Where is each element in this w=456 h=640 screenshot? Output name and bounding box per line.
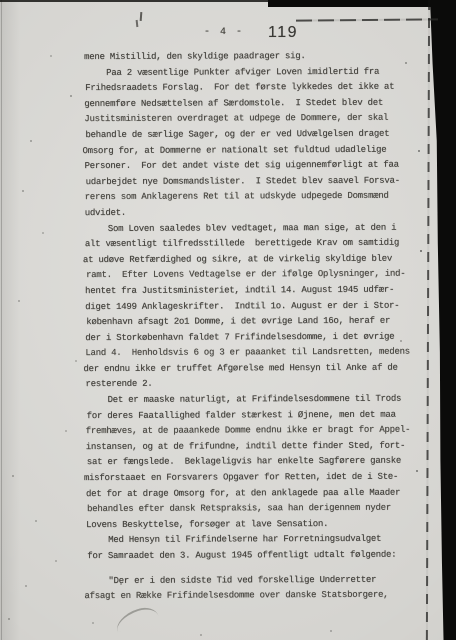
text-line: fremhæves, at de paaankede Domme endnu i… — [86, 423, 431, 440]
text-line: hentet fra Justitsministeriet, indtil 14… — [85, 282, 430, 299]
text-line: udarbejdet nye Domsmandslister. I Stedet… — [86, 173, 430, 190]
text-body: mene Mistillid, den skyldige paadrager s… — [84, 48, 431, 604]
text-line: mene Mistillid, den skyldige paadrager s… — [84, 48, 429, 65]
text-line: Personer. For det andet viste det sig ui… — [84, 158, 429, 175]
text-line: udvidet. — [85, 204, 430, 221]
text-line: for deres Faatallighed falder stærkest i… — [87, 407, 431, 424]
text-line: Som Loven saaledes blev vedtaget, maa ma… — [86, 220, 430, 237]
text-line: misforstaaet en Forsvarers Opgaver for R… — [84, 470, 431, 487]
folio-number: 119 — [268, 24, 298, 42]
pencil-squiggle-mark — [113, 604, 160, 633]
text-line: behandles efter dansk Retspraksis, saa h… — [87, 501, 431, 518]
left-scan-edge — [1, 0, 2, 640]
pencil-mark — [140, 12, 143, 21]
text-line: ramt. Efter Lovens Vedtagelse er der ifø… — [86, 267, 430, 284]
text-line: Justitsministeren overdraget at udpege d… — [84, 111, 429, 128]
text-line: gennemføre Nedsættelsen af Særdomstole. … — [84, 95, 429, 112]
text-line: behandle de særlige Sager, og der er ved… — [85, 126, 429, 143]
text-line: Paa 2 væsentlige Punkter afviger Loven i… — [84, 64, 429, 81]
scanned-page: - 4 - 119 mene Mistillid, den skyldige p… — [0, 0, 456, 640]
text-line: rerens som Anklagerens Ret til at udskyd… — [85, 189, 430, 206]
text-line: københavn afsagt 2o1 Domme, i det øvrige… — [86, 314, 430, 331]
text-line: for Samraadet den 3. August 1945 offentl… — [87, 547, 431, 564]
text-line: der endnu ikke er truffet Afgørelse med … — [83, 360, 430, 377]
text-line: Lovens Beskyttelse, forsøger at lave Sen… — [86, 516, 431, 533]
text-line: resterende 2. — [85, 376, 430, 393]
text-line: Frihedsraadets Forslag. For det første l… — [85, 80, 429, 97]
text-line: Det er maaske naturligt, at Frifindelses… — [85, 392, 430, 409]
text-line: "Der er i den sidste Tid ved forskellige… — [86, 572, 431, 589]
text-line: diget 1499 Anklageskrifter. Indtil 1o. A… — [85, 298, 430, 315]
page-number: - 4 - — [204, 27, 244, 38]
text-line: afsagt en Række Frifindelsesdomme over d… — [84, 588, 431, 605]
text-line: det for at drage Omsorg for, at den ankl… — [86, 485, 431, 502]
text-line: at udøve Retfærdighed og sikre, at de vi… — [83, 251, 430, 268]
text-line: alt væsentligt tilfredsstillede berettig… — [85, 236, 430, 253]
text-line: Land 4. Henholdsvis 6 og 3 er paaanket t… — [85, 345, 430, 362]
text-line: instansen, og at de frifundne, indtil de… — [86, 438, 431, 455]
text-line: Omsorg for, at Dommerne er nationalt set… — [82, 142, 429, 159]
right-scan-band — [430, 0, 456, 640]
scratch-mark — [296, 18, 438, 21]
text-line: Med Hensyn til Frifindelserne har Forret… — [86, 532, 431, 549]
text-line: der i Storkøbenhavn faldet 7 Frifindelse… — [85, 329, 430, 346]
pencil-mark — [136, 20, 139, 27]
text-line: sat er fængslede. Beklageligvis har enke… — [87, 454, 431, 471]
